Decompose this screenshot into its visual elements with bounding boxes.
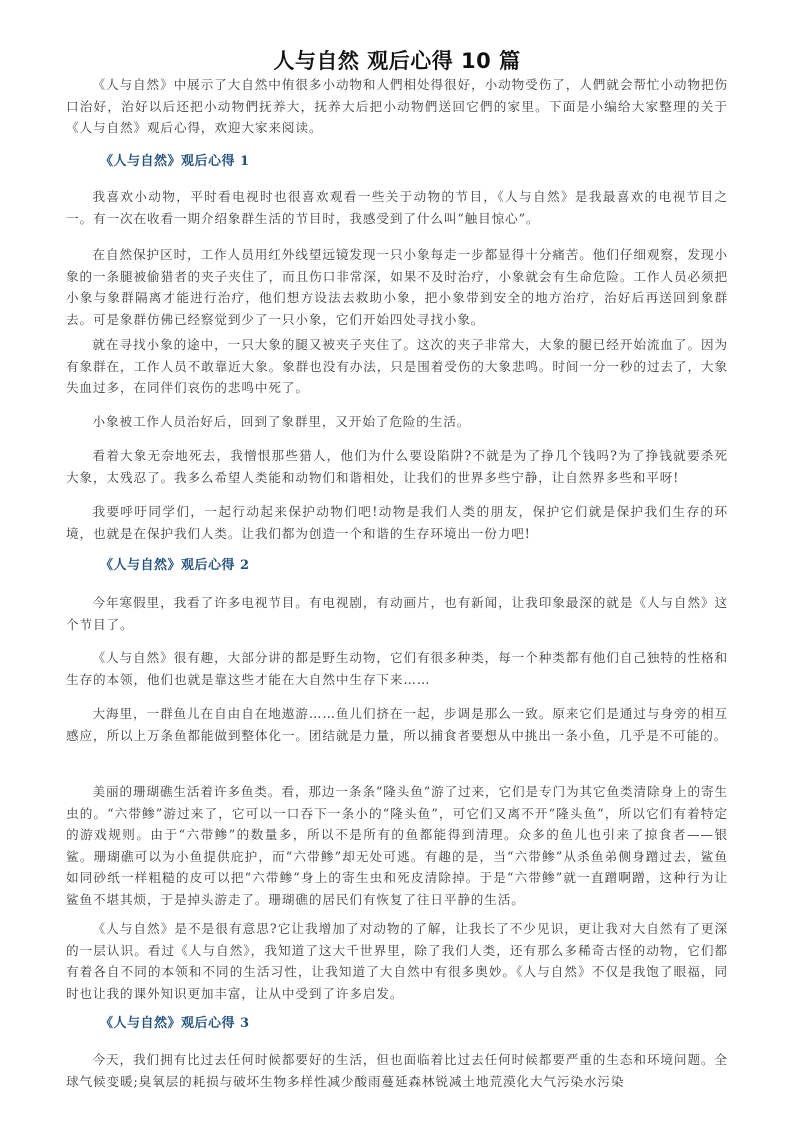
- section-1-paragraph-2: 在自然保护区时，工作人员用红外线望远镜发现一只小象每走一步都显得十分痛苦。他们仔…: [66, 244, 728, 330]
- section-2-paragraph-3: 大海里，一群鱼儿在自由自在地遨游……鱼儿们挤在一起，步调是那么一致。原来它们是通…: [66, 703, 728, 746]
- section-1-paragraph-3: 就在寻找小象的途中，一只大象的腿又被夹子夹住了。这次的夹子非常大，大象的腿已经开…: [66, 334, 728, 399]
- intro-paragraph: 《人与自然》中展示了大自然中侑很多小动物和人們相处得很好，小动物受伤了，人們就会…: [66, 74, 728, 139]
- section-2-paragraph-5: 《人与自然》是不是很有意思?它让我增加了对动物的了解，让我长了不少见识，更让我对…: [66, 918, 728, 1004]
- section-1-paragraph-4: 小象被工作人员治好后，回到了象群里，又开始了危险的生活。: [66, 411, 728, 433]
- section-heading-2: 《人与自然》观后心得 2: [100, 556, 250, 576]
- section-1-paragraph-5: 看着大象无奈地死去，我憎恨那些猎人，他们为什么要设陷阱?不就是为了挣几个钱吗?为…: [66, 445, 728, 488]
- section-heading-1: 《人与自然》观后心得 1: [100, 152, 250, 172]
- section-1-paragraph-1: 我喜欢小动物，平时看电视时也很喜欢观看一些关于动物的节目，《人与自然》是我最喜欢…: [66, 186, 728, 229]
- section-3-paragraph-1: 今天，我们拥有比过去任何时候都要好的生活，但也面临着比过去任何时候都要严重的生态…: [66, 1049, 728, 1092]
- document-title: 人与自然 观后心得 10 篇: [66, 48, 728, 74]
- section-2-paragraph-4: 美丽的珊瑚礁生活着许多鱼类。看，那边一条条“隆头鱼”游了过来，它们是专门为其它鱼…: [66, 781, 728, 910]
- section-2-paragraph-1: 今年寒假里，我看了许多电视节目。有电视剧，有动画片，也有新闻，让我印象最深的就是…: [66, 592, 728, 635]
- section-2-paragraph-2: 《人与自然》很有趣，大部分讲的都是野生动物，它们有很多种类，每一个种类都有他们自…: [66, 647, 728, 690]
- section-1-paragraph-6: 我要呼吁同学们，一起行动起来保护动物们吧!动物是我们人类的朋友，保护它们就是保护…: [66, 501, 728, 544]
- section-heading-3: 《人与自然》观后心得 3: [100, 1014, 250, 1034]
